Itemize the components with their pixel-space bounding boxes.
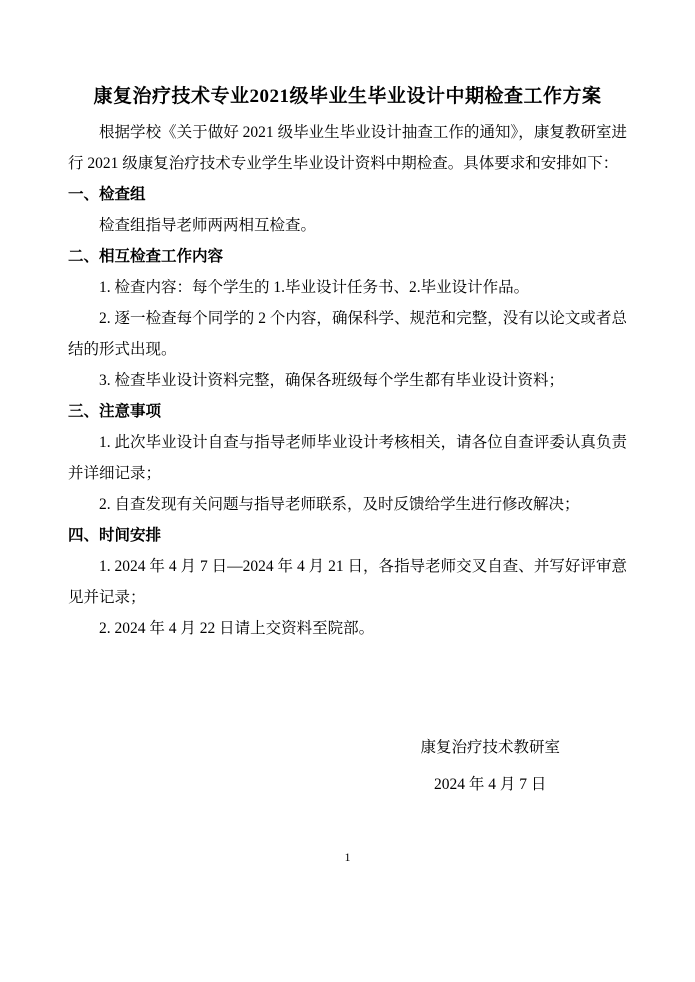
page-number: 1 xyxy=(68,849,627,865)
signature-date: 2024 年 4 月 7 日 xyxy=(420,766,560,803)
doc-body: 根据学校《关于做好 2021 级毕业生毕业设计抽查工作的通知》，康复教研室进行 … xyxy=(68,117,627,644)
section-mutual-check-content: 二、相互检查工作内容 1. 检查内容：每个学生的 1.毕业设计任务书、2.毕业设… xyxy=(68,241,627,396)
paragraph: 2. 逐一检查每个同学的 2 个内容，确保科学、规范和完整，没有以论文或者总结的… xyxy=(68,303,627,365)
section-notes: 三、注意事项 1. 此次毕业设计自查与指导老师毕业设计考核相关，请各位自查评委认… xyxy=(68,396,627,520)
section-schedule: 四、时间安排 1. 2024 年 4 月 7 日—2024 年 4 月 21 日… xyxy=(68,520,627,644)
paragraph: 检查组指导老师两两相互检查。 xyxy=(68,210,627,241)
doc-title: 康复治疗技术专业2021级毕业生毕业设计中期检查工作方案 xyxy=(68,85,627,109)
section-heading: 三、注意事项 xyxy=(68,396,627,427)
section-heading: 一、检查组 xyxy=(68,179,627,210)
section-heading: 二、相互检查工作内容 xyxy=(68,241,627,272)
paragraph: 1. 检查内容：每个学生的 1.毕业设计任务书、2.毕业设计作品。 xyxy=(68,272,627,303)
document-page: 康复治疗技术专业2021级毕业生毕业设计中期检查工作方案 根据学校《关于做好 2… xyxy=(0,0,695,982)
signature-inner: 康复治疗技术教研室 2024 年 4 月 7 日 xyxy=(420,729,560,803)
paragraph: 2. 2024 年 4 月 22 日请上交资料至院部。 xyxy=(68,613,627,644)
paragraph: 2. 自查发现有关问题与指导老师联系，及时反馈给学生进行修改解决； xyxy=(68,489,627,520)
section-heading: 四、时间安排 xyxy=(68,520,627,551)
paragraph: 3. 检查毕业设计资料完整，确保各班级每个学生都有毕业设计资料； xyxy=(68,365,627,396)
section-check-group: 一、检查组 检查组指导老师两两相互检查。 xyxy=(68,179,627,241)
signature-block: 康复治疗技术教研室 2024 年 4 月 7 日 xyxy=(68,729,627,803)
paragraph: 1. 2024 年 4 月 7 日—2024 年 4 月 21 日，各指导老师交… xyxy=(68,551,627,613)
intro-paragraph: 根据学校《关于做好 2021 级毕业生毕业设计抽查工作的通知》，康复教研室进行 … xyxy=(68,117,627,179)
signature-department: 康复治疗技术教研室 xyxy=(420,729,560,766)
paragraph: 1. 此次毕业设计自查与指导老师毕业设计考核相关，请各位自查评委认真负责并详细记… xyxy=(68,427,627,489)
